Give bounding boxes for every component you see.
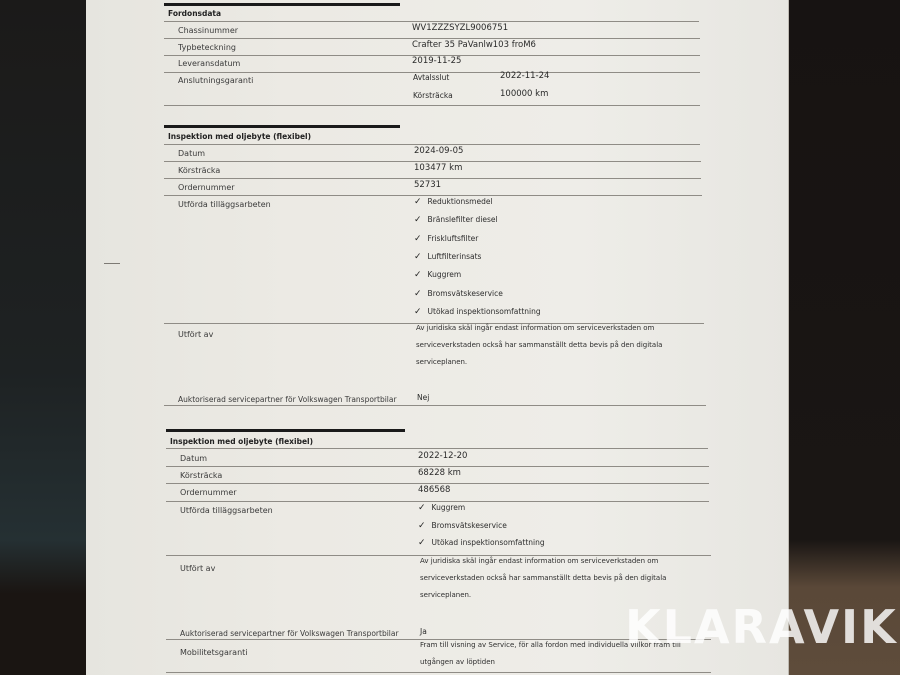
check-icon: ✓ <box>414 197 422 207</box>
section-divider <box>166 429 405 432</box>
check-icon: ✓ <box>418 521 426 531</box>
section-heading: Inspektion med oljebyte (flexibel) <box>170 437 313 446</box>
extra-label: Bromsvätskeservice <box>428 289 503 298</box>
field-label: Auktoriserad servicepartner för Volkswag… <box>180 629 399 638</box>
mileage-value: 100000 km <box>500 89 548 99</box>
field-value: 2022-12-20 <box>418 451 467 461</box>
extra-label: Kuggrem <box>428 270 462 279</box>
field-label: Datum <box>178 149 205 158</box>
table-row: Anslutningsgaranti Avtalsslut 2022-11-24… <box>164 73 900 107</box>
field-value: 2019-11-25 <box>412 56 461 66</box>
field-label: Ordernummer <box>178 183 235 192</box>
field-label: Utförda tilläggsarbeten <box>178 200 271 209</box>
table-row: Chassinummer WV1ZZZSYZL9006751 <box>164 23 900 39</box>
row-line <box>164 405 706 406</box>
field-label: Mobilitetsgaranti <box>180 648 248 657</box>
field-value: 2024-09-05 <box>414 146 463 156</box>
check-icon: ✓ <box>418 503 426 513</box>
extra-item: ✓Reduktionsmedel <box>414 197 493 207</box>
watermark-logo: KLARAVIK <box>625 600 898 654</box>
text-line: serviceplanen. <box>416 358 467 366</box>
check-icon: ✓ <box>414 307 422 317</box>
table-row: Typbeteckning Crafter 35 PaVanlw103 froM… <box>164 40 900 56</box>
text-line: Av juridiska skäl ingår endast informati… <box>416 324 654 332</box>
field-label: Leveransdatum <box>178 59 240 68</box>
field-label: Körsträcka <box>178 166 220 175</box>
extra-item: ✓Kuggrem <box>414 270 461 280</box>
extra-item: ✓Luftfilterinsats <box>414 252 481 262</box>
extra-label: Luftfilterinsats <box>428 252 482 261</box>
field-value: 52731 <box>414 180 441 190</box>
field-value: 68228 km <box>418 468 461 478</box>
section-heading-row: Inspektion med oljebyte (flexibel) <box>166 436 900 450</box>
field-label: Chassinummer <box>178 26 238 35</box>
row-line <box>166 672 711 673</box>
extra-item: ✓Bromsvätskeservice <box>418 521 507 531</box>
field-value: Ja <box>420 627 427 636</box>
section-heading: Fordonsdata <box>168 9 221 18</box>
table-row: Ordernummer 52731 <box>164 179 900 197</box>
extra-item: ✓Utökad inspektionsomfattning <box>418 538 545 548</box>
field-value: 486568 <box>418 485 450 495</box>
section-heading-row: Fordonsdata <box>164 8 900 22</box>
table-row: Utförda tilläggsarbeten ✓Reduktionsmedel… <box>164 196 900 324</box>
check-icon: ✓ <box>414 215 422 225</box>
extra-item: ✓Friskluftsfilter <box>414 234 478 244</box>
check-icon: ✓ <box>414 234 422 244</box>
extra-label: Utökad inspektionsomfattning <box>428 307 541 316</box>
row-line <box>166 448 708 449</box>
margin-mark <box>104 263 120 264</box>
field-label: Ordernummer <box>180 488 237 497</box>
table-row: Utförda tilläggsarbeten ✓Kuggrem✓Bromsvä… <box>166 502 900 556</box>
text-line: serviceverkstaden också har sammanställt… <box>420 574 666 582</box>
text-line: serviceverkstaden också har sammanställt… <box>416 341 662 349</box>
field-label: Utfört av <box>178 330 213 339</box>
check-icon: ✓ <box>414 289 422 299</box>
contract-end-value: 2022-11-24 <box>500 71 549 81</box>
field-label: Utfört av <box>180 564 215 573</box>
contract-end-label: Avtalsslut <box>413 73 449 82</box>
row-line <box>164 105 700 106</box>
text-line: Av juridiska skäl ingår endast informati… <box>420 557 658 565</box>
check-icon: ✓ <box>414 252 422 262</box>
mileage-label: Körsträcka <box>413 91 453 100</box>
section-divider <box>164 3 400 6</box>
section-divider <box>164 125 400 128</box>
extra-item: ✓Bränslefilter diesel <box>414 215 498 225</box>
section-heading: Inspektion med oljebyte (flexibel) <box>168 132 311 141</box>
table-row: Datum 2024-09-05 <box>164 145 900 162</box>
field-label: Auktoriserad servicepartner för Volkswag… <box>178 395 397 404</box>
extra-label: Bromsvätskeservice <box>432 521 507 530</box>
extra-item: ✓Utökad inspektionsomfattning <box>414 307 541 317</box>
table-row: Ordernummer 486568 <box>166 484 900 502</box>
section-heading-row: Inspektion med oljebyte (flexibel) <box>164 131 900 145</box>
background-left <box>0 0 90 675</box>
row-line <box>164 38 700 39</box>
field-value: Crafter 35 PaVanlw103 froM6 <box>412 40 536 50</box>
extra-item: ✓Kuggrem <box>418 503 465 513</box>
field-label: Datum <box>180 454 207 463</box>
extra-label: Bränslefilter diesel <box>428 215 498 224</box>
extra-label: Friskluftsfilter <box>428 234 479 243</box>
extra-label: Kuggrem <box>432 503 466 512</box>
extra-label: Utökad inspektionsomfattning <box>432 538 545 547</box>
text-line: utgången av löptiden <box>420 658 495 666</box>
check-icon: ✓ <box>414 270 422 280</box>
field-value: Nej <box>417 393 429 402</box>
extra-label: Reduktionsmedel <box>428 197 493 206</box>
extra-item: ✓Bromsvätskeservice <box>414 289 503 299</box>
table-row: Körsträcka 68228 km <box>166 467 900 484</box>
row-line <box>164 21 699 22</box>
text-line: serviceplanen. <box>420 591 471 599</box>
field-label: Körsträcka <box>180 471 222 480</box>
table-row: Utfört av Av juridiska skäl ingår endast… <box>164 324 900 406</box>
field-label: Typbeteckning <box>178 43 236 52</box>
field-label: Anslutningsgaranti <box>178 76 253 85</box>
field-value: WV1ZZZSYZL9006751 <box>412 23 508 33</box>
field-label: Utförda tilläggsarbeten <box>180 506 273 515</box>
table-row: Datum 2022-12-20 <box>166 450 900 467</box>
field-value: 103477 km <box>414 163 462 173</box>
check-icon: ✓ <box>418 538 426 548</box>
table-row: Körsträcka 103477 km <box>164 162 900 179</box>
table-row: Leveransdatum 2019-11-25 <box>164 56 900 72</box>
